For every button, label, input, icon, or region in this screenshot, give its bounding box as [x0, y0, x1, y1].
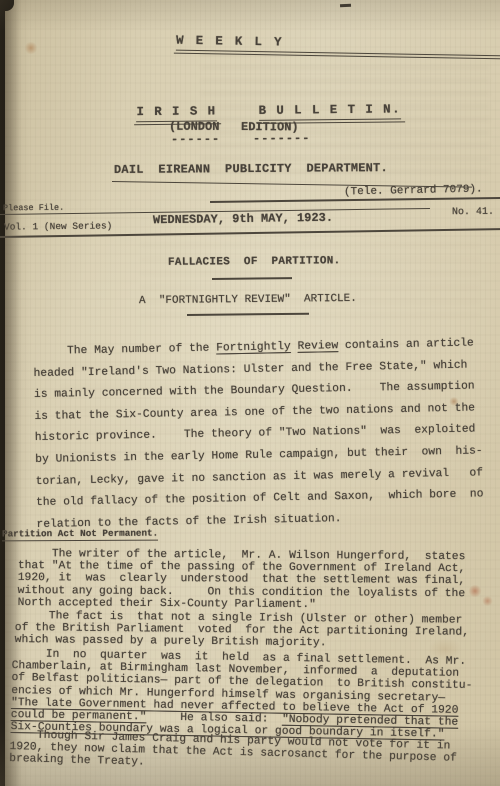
age-spot: [24, 42, 38, 54]
article-paragraph-3: The fact is that not a single Irish (Uls…: [15, 610, 490, 652]
issue-date: WEDNESDAY, 9th MAY, 1923.: [153, 211, 333, 228]
edition-dashes: ------ -------: [171, 131, 311, 146]
department-label: DAIL EIREANN PUBLICITY DEPARTMENT.: [114, 161, 388, 177]
article-paragraph-4: In no quarter was it held as a final set…: [11, 648, 492, 742]
document-page: W E E K L Y I R I S HB U L L E T I N. (L…: [0, 0, 500, 786]
please-file-label: Please File.: [3, 203, 64, 214]
volume-label: Vol. 1 (New Series): [4, 220, 112, 232]
article-paragraph-2: The writer of the article, Mr. A. Wilson…: [18, 548, 488, 612]
bulletin-title-bulletin: B U L L E T I N.: [258, 102, 401, 120]
article-title: FALLACIES OF PARTITION.: [168, 255, 341, 269]
telephone-label: (Tele. Gerrard 7079).: [344, 184, 483, 199]
article-paragraph-1: The May number of the Fortnightly Review…: [33, 333, 487, 536]
issue-number: No. 41.: [452, 207, 494, 218]
article-title-rule: [212, 277, 292, 279]
bulletin-title-weekly: W E E K L Y: [176, 34, 500, 60]
article-subtitle: A "FORTNIGHTLY REVIEW" ARTICLE.: [139, 293, 357, 307]
article-subtitle-rule: [187, 313, 309, 316]
section-heading: Partition Act Not Permanent.: [2, 528, 158, 542]
stray-ink-mark: [340, 4, 351, 7]
